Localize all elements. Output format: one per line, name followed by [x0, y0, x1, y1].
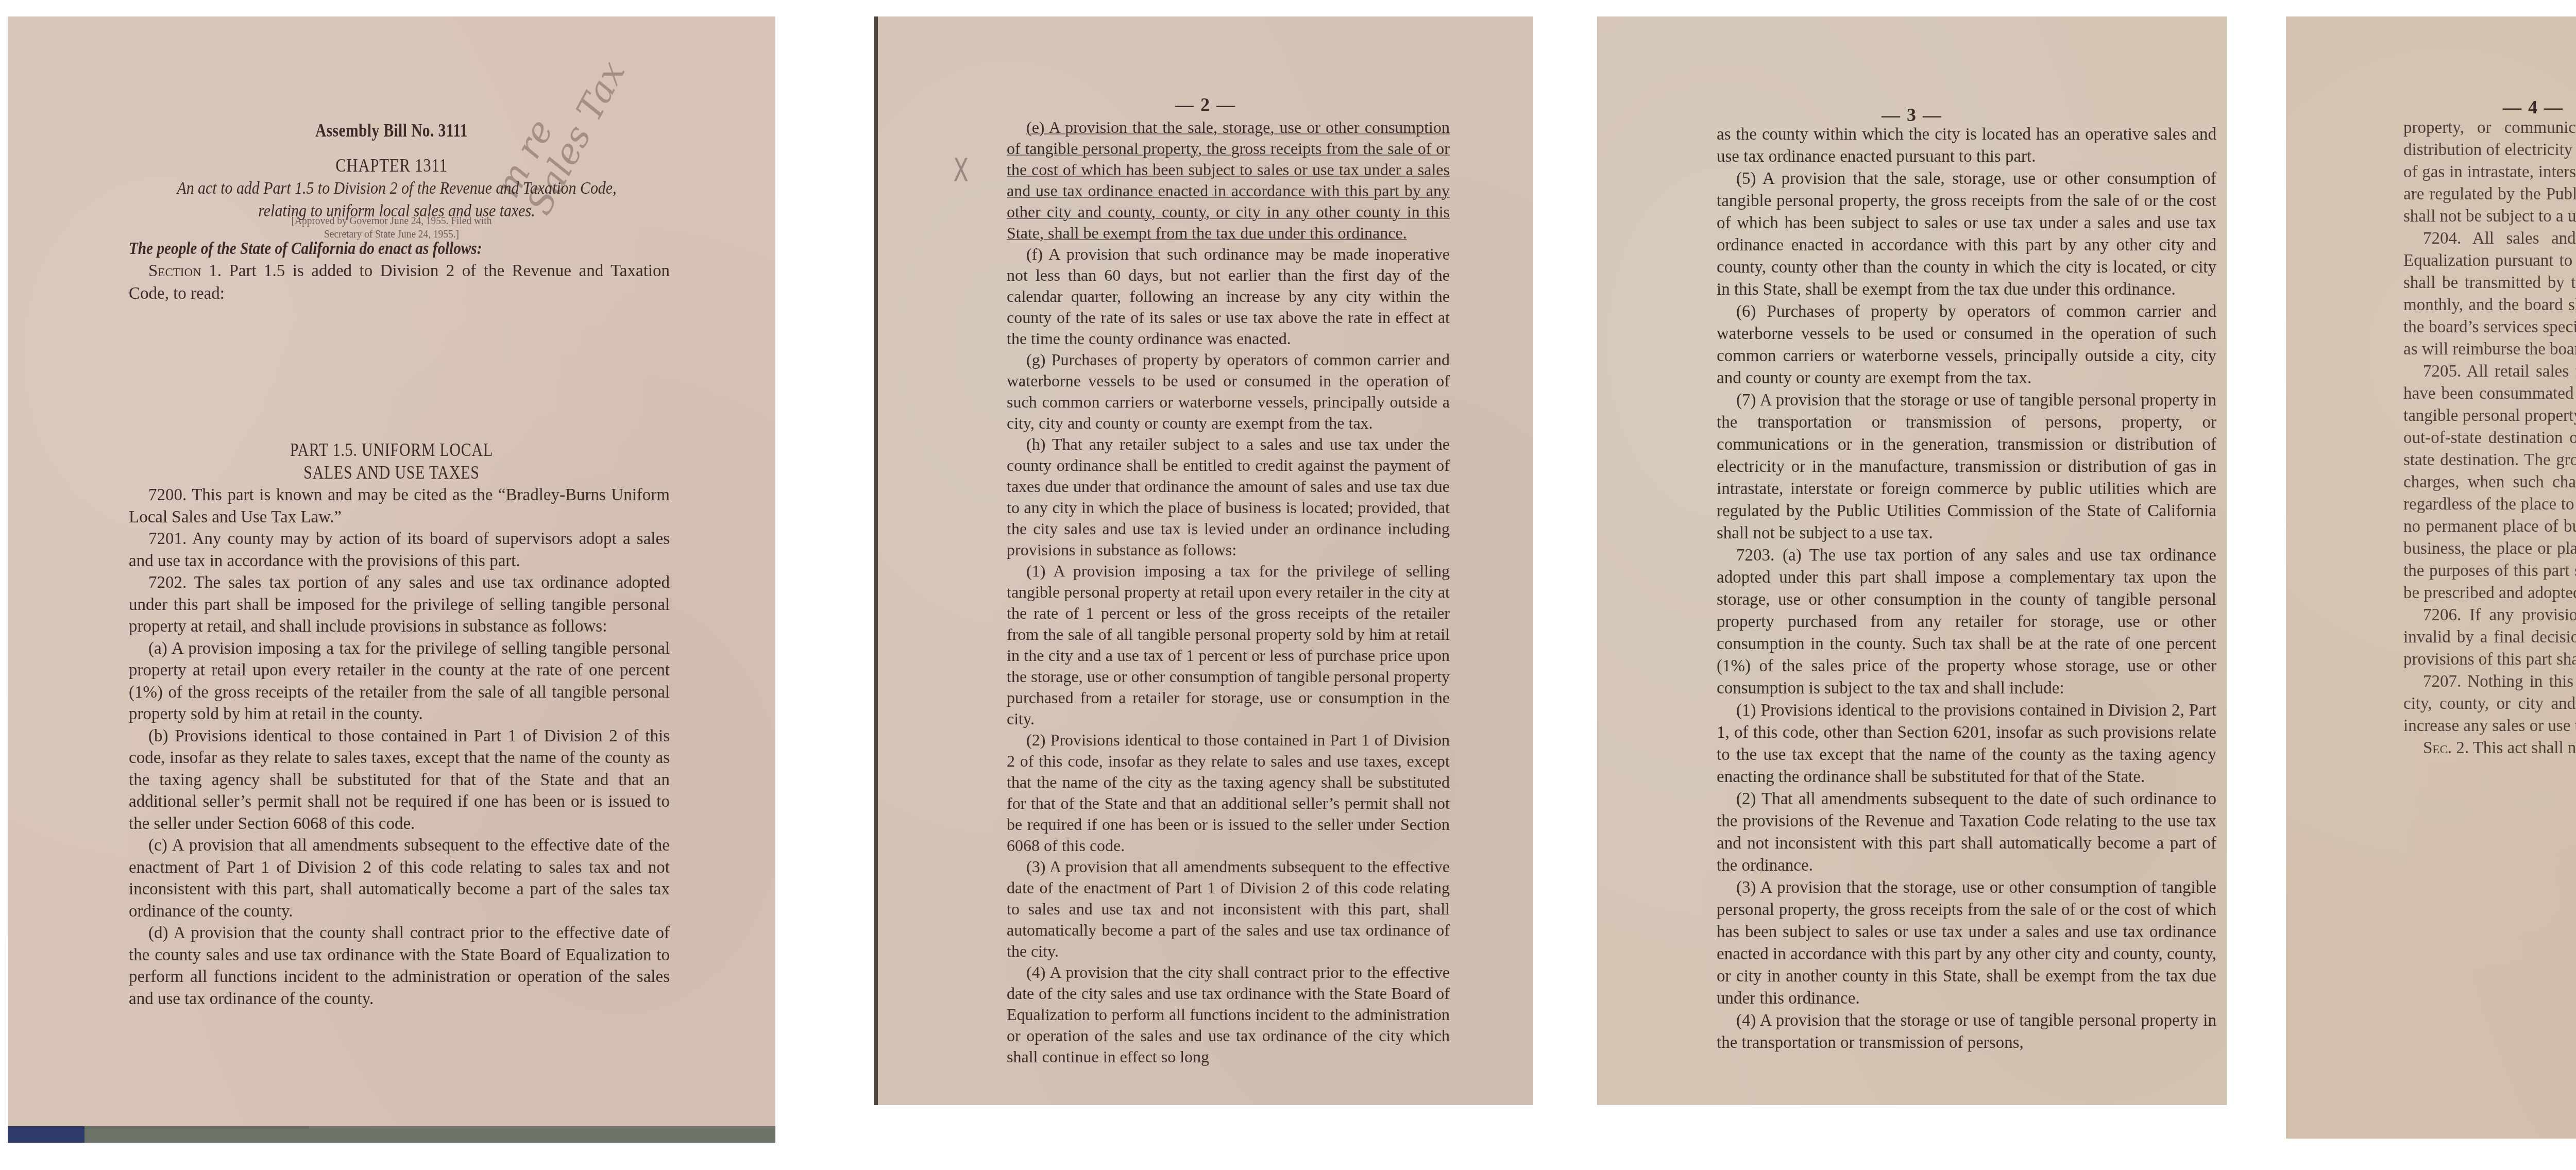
- paragraph-7203-2: (2) That all amendments subsequent to th…: [1717, 788, 2216, 877]
- paragraph-f: (f) A provision that such ordinance may …: [1007, 244, 1450, 349]
- approval-note: [Approved by Governor June 24, 1955. Fil…: [54, 214, 729, 241]
- margin-x-mark: X: [953, 151, 969, 189]
- paragraph-h: (h) That any retailer subject to a sales…: [1007, 434, 1450, 561]
- background-photo-strip: [8, 1126, 775, 1143]
- part-heading: PART 1.5. UNIFORM LOCAL SALES AND USE TA…: [65, 439, 718, 484]
- paragraph-g: (g) Purchases of property by operators o…: [1007, 349, 1450, 434]
- paragraph-7202-c: (c) A provision that all amendments subs…: [129, 835, 670, 922]
- page-3: — 3 — as the county within which the cit…: [1597, 16, 2227, 1105]
- paragraph-7207: 7207. Nothing in this part shall require…: [2403, 671, 2576, 737]
- page-3-body: as the county within which the city is l…: [1717, 124, 2216, 1054]
- paragraph-continuation: as the county within which the city is l…: [1717, 124, 2216, 168]
- paragraph-7203-3: (3) A provision that the storage, use or…: [1717, 877, 2216, 1010]
- paragraph-7203-1: (1) Provisions identical to the provisio…: [1717, 700, 2216, 788]
- part-heading-line-1: PART 1.5. UNIFORM LOCAL: [65, 439, 718, 462]
- paragraph-7202-d: (d) A provision that the county shall co…: [129, 922, 670, 1010]
- page-1-body: 7200. This part is known and may be cite…: [129, 484, 670, 1010]
- paragraph-7206: 7206. If any provision or provisions of …: [2403, 604, 2576, 671]
- page-1: Assembly Bill No. 3111 m re Sales Tax CH…: [8, 16, 775, 1143]
- chapter-heading: CHAPTER 1311: [65, 155, 718, 176]
- page-4-body: property, or communications or in the ge…: [2403, 117, 2576, 759]
- paragraph-7204: 7204. All sales and use taxes collected …: [2403, 228, 2576, 361]
- paragraph-7201: 7201. Any county may by action of its bo…: [129, 528, 670, 572]
- part-heading-line-2: SALES AND USE TAXES: [65, 462, 718, 484]
- paragraph-7202-a: (a) A provision imposing a tax for the p…: [129, 638, 670, 725]
- paragraph-h-5: (5) A provision that the sale, storage, …: [1717, 168, 2216, 301]
- paragraph-7202-b: (b) Provisions identical to those contai…: [129, 725, 670, 835]
- page-number: — 3 —: [1597, 104, 2227, 126]
- paragraph-7202: 7202. The sales tax portion of any sales…: [129, 572, 670, 638]
- paragraph-7200: 7200. This part is known and may be cite…: [129, 484, 670, 528]
- paragraph-h-3: (3) A provision that all amendments subs…: [1007, 856, 1450, 962]
- paragraph-7205: 7205. All retail sales for the purpose o…: [2403, 361, 2576, 604]
- bill-number: Assembly Bill No. 3111: [77, 120, 706, 141]
- page-number: — 4 —: [2286, 96, 2576, 118]
- page-4: — 4 — property, or communications or in …: [2286, 16, 2576, 1139]
- paragraph-h-4: (4) A provision that the city shall cont…: [1007, 962, 1450, 1067]
- enacting-clause: The people of the State of California do…: [129, 239, 594, 259]
- page-2-body: (e) A provision that the sale, storage, …: [1007, 117, 1450, 1067]
- page-2: — 2 — X (e) A provision that the sale, s…: [874, 16, 1533, 1105]
- section-2-text: This act shall not become operative unti…: [2473, 739, 2576, 757]
- page-number: — 2 —: [878, 94, 1533, 115]
- section-1: Section 1. Part 1.5 is added to Division…: [129, 260, 670, 305]
- paragraph-continuation: property, or communications or in the ge…: [2403, 117, 2576, 228]
- section-2-label: Sec. 2.: [2423, 739, 2469, 757]
- paragraph-h-7: (7) A provision that the storage or use …: [1717, 389, 2216, 545]
- paragraph-7203-a: 7203. (a) The use tax portion of any sal…: [1717, 545, 2216, 700]
- section-1-label: Section 1.: [148, 262, 222, 280]
- paragraph-h-1: (1) A provision imposing a tax for the p…: [1007, 561, 1450, 730]
- paragraph-e: (e) A provision that the sale, storage, …: [1007, 117, 1450, 244]
- paragraph-7203-4: (4) A provision that the storage or use …: [1717, 1010, 2216, 1054]
- section-2: Sec. 2. This act shall not become operat…: [2403, 737, 2576, 759]
- approval-line-1: [Approved by Governor June 24, 1955. Fil…: [54, 214, 729, 227]
- paragraph-h-2: (2) Provisions identical to those contai…: [1007, 730, 1450, 856]
- paragraph-h-6: (6) Purchases of property by operators o…: [1717, 301, 2216, 389]
